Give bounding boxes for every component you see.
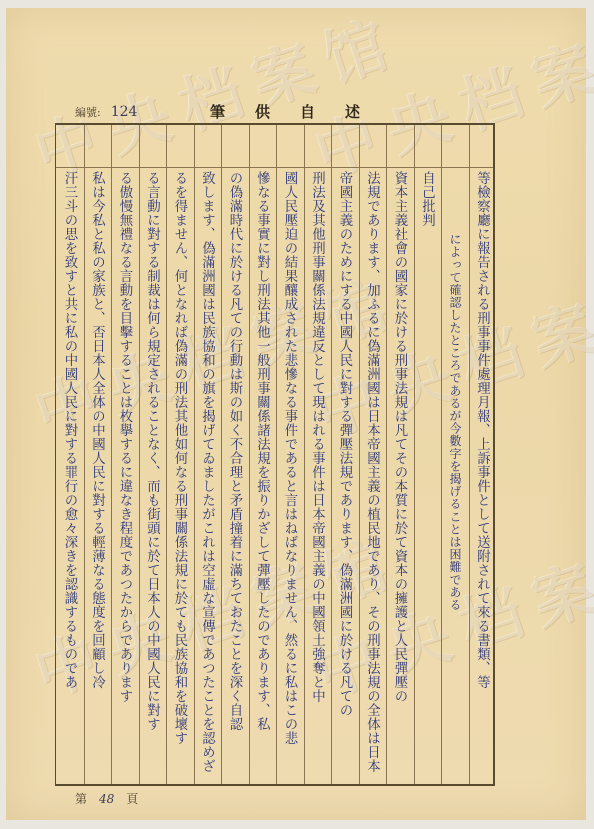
text-column: 私は今私と私の家族と、否日本人全体の中國人民に對する輕薄なる態度を回顧し冷: [84, 171, 111, 783]
text-column: 自己批判: [414, 171, 441, 783]
text-column: 資本主義社會の國家に於ける刑事法規は凡てその本質に於て資本の擁護と人民彈壓の: [386, 171, 413, 783]
text-column: 國人民壓迫の結果釀成された悲慘なる事件であると言はねばなりません、然るに私はこの…: [276, 171, 303, 783]
page-suffix: 頁: [126, 792, 138, 806]
text-column: る言動に對する制裁は何ら規定されることなく、而も街頭に於て日本人の中國人民に對す: [139, 171, 166, 783]
text-column: によって確認したところであるが今數字を揭げることは困難である: [441, 233, 468, 783]
text-column: 刑法及其他刑事關係法規違反として現はれる事件は日本帝國主義の中國領土強奪と中: [304, 171, 331, 783]
text-column: 法規であります、加ふるに偽滿洲國は日本帝國主義の植民地であり、その刑事法規の全体…: [359, 171, 386, 783]
page-number: 第48頁: [75, 790, 150, 807]
manuscript-grid: 等檢察廳に報告される刑事事件處理月報、上訴事件として送附されて來る書類、等によっ…: [55, 123, 495, 786]
text-column: 帝國主義のためにする中國人民に對する彈壓法規であります、偽滿洲國に於ける凡ての: [331, 171, 358, 783]
serial-number: 編號:124: [75, 104, 137, 120]
serial-label: 編號:: [75, 106, 101, 119]
serial-value: 124: [111, 104, 138, 120]
text-column: るを得ません、何となれば偽滿の刑法其他如何なる刑事關係法規に於ても民族協和を破壞…: [166, 171, 193, 783]
text-column: 汗三斗の思を致すと共に私の中國人民に對する罪行の愈々深きを認識するものであ: [56, 171, 83, 783]
text-column: 慘なる事實に對し刑法其他一般刑事關係諸法規を振りかざして彈壓したのであります、私: [249, 171, 276, 783]
text-column: 致します、偽滿洲國は民族協和の旗を揭げてゐましたがこれは空虛な宣傳であつたことを…: [194, 171, 221, 783]
text-column: の偽滿時代に於ける凡ての行動は斯の如く不合理と矛盾撞着に滿ちておたことを深く自認: [221, 171, 248, 783]
header-band-line: [56, 167, 493, 168]
page-prefix: 第: [75, 792, 87, 806]
text-column: る傲慢無禮なる言動を目擊することは枚擧するに違なき程度であつたからであります: [111, 171, 138, 783]
text-column: 等檢察廳に報告される刑事事件處理月報、上訴事件として送附されて來る書類、等: [469, 171, 496, 783]
page-number-value: 48: [99, 792, 114, 806]
form-title: 筆供自述: [210, 101, 390, 122]
